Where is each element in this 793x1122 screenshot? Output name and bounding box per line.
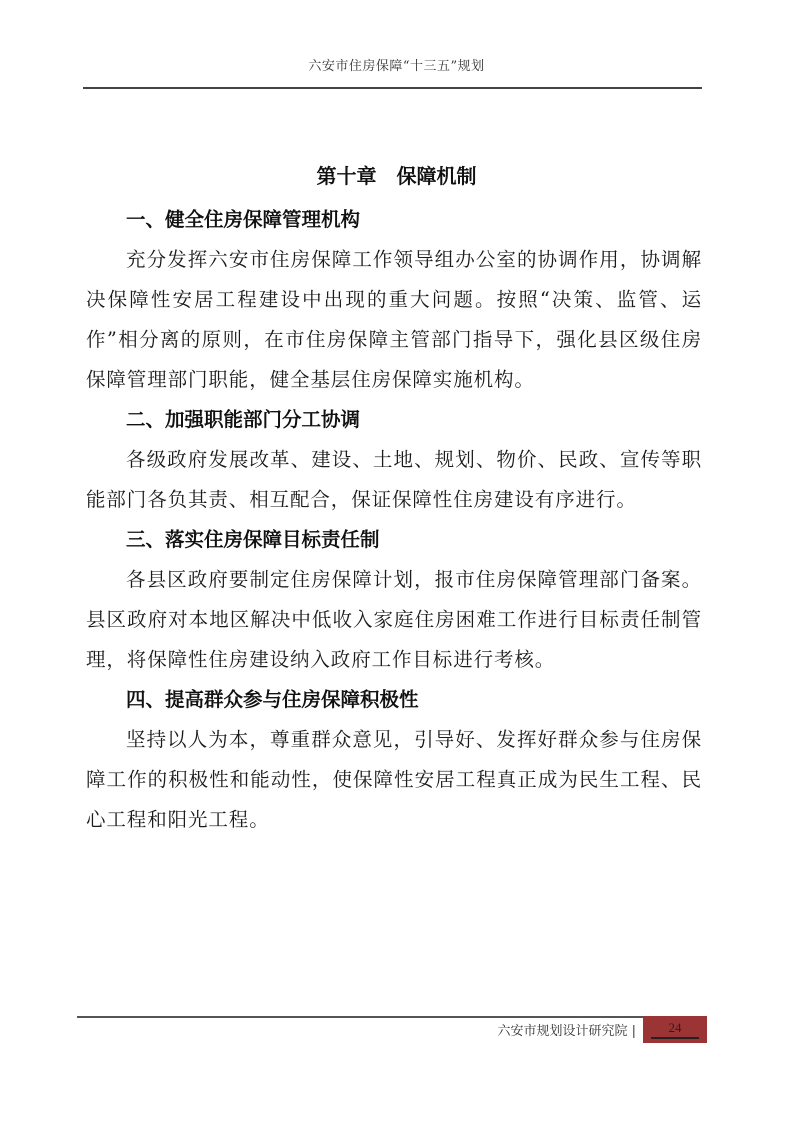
chapter-title: 第十章 保障机制 bbox=[0, 160, 793, 189]
document-body: 一、健全住房保障管理机构 充分发挥六安市住房保障工作领导组办公室的协调作用，协调… bbox=[86, 200, 702, 840]
section-paragraph: 各级政府发展改革、建设、土地、规划、物价、民政、宣传等职能部门各负其责、相互配合… bbox=[86, 440, 702, 520]
section-heading: 三、落实住房保障目标责任制 bbox=[86, 520, 702, 560]
section-3: 三、落实住房保障目标责任制 各县区政府要制定住房保障计划，报市住房保障管理部门备… bbox=[86, 520, 702, 680]
running-header: 六安市住房保障“十三五”规划 bbox=[0, 55, 793, 74]
section-paragraph: 各县区政府要制定住房保障计划，报市住房保障管理部门备案。县区政府对本地区解决中低… bbox=[86, 560, 702, 680]
section-1: 一、健全住房保障管理机构 充分发挥六安市住房保障工作领导组办公室的协调作用，协调… bbox=[86, 200, 702, 400]
page-number-box: 24 bbox=[643, 1016, 707, 1043]
footer-rule bbox=[77, 1016, 643, 1018]
footer-organization: 六安市规划设计研究院 | bbox=[480, 1020, 636, 1039]
section-heading: 四、提高群众参与住房保障积极性 bbox=[86, 680, 702, 720]
section-paragraph: 充分发挥六安市住房保障工作领导组办公室的协调作用，协调解决保障性安居工程建设中出… bbox=[86, 240, 702, 400]
section-2: 二、加强职能部门分工协调 各级政府发展改革、建设、土地、规划、物价、民政、宣传等… bbox=[86, 400, 702, 520]
page-number: 24 bbox=[643, 1020, 707, 1036]
section-heading: 一、健全住房保障管理机构 bbox=[86, 200, 702, 240]
section-paragraph: 坚持以人为本，尊重群众意见，引导好、发挥好群众参与住房保障工作的积极性和能动性，… bbox=[86, 720, 702, 840]
page-number-underline bbox=[651, 1037, 699, 1039]
section-4: 四、提高群众参与住房保障积极性 坚持以人为本，尊重群众意见，引导好、发挥好群众参… bbox=[86, 680, 702, 840]
section-heading: 二、加强职能部门分工协调 bbox=[86, 400, 702, 440]
header-rule bbox=[83, 87, 702, 89]
